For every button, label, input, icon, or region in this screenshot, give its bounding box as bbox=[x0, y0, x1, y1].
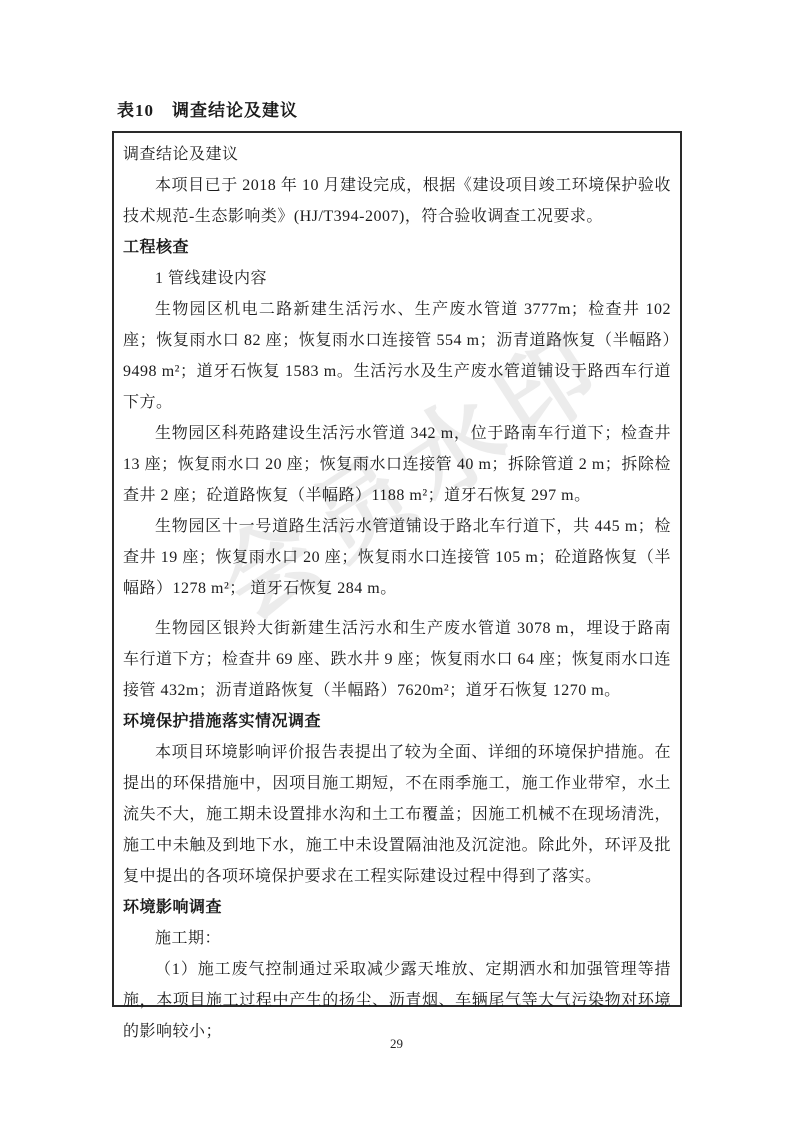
subheading-construction-period: 施工期： bbox=[123, 923, 671, 954]
document-page: 表10 调查结论及建议 会员水印 调查结论及建议 本项目已于 2018 年 10… bbox=[0, 0, 793, 1122]
heading-ep-measures: 环境保护措施落实情况调查 bbox=[123, 706, 671, 737]
heading-project-check: 工程核查 bbox=[123, 232, 671, 263]
paragraph-keyuan-road: 生物园区科苑路建设生活污水管道 342 m，位于路南车行道下；检查井 13 座；… bbox=[123, 418, 671, 511]
paragraph-yinling-street: 生物园区银羚大街新建生活污水和生产废水管道 3078 m，埋设于路南车行道下方；… bbox=[123, 613, 671, 706]
paragraph-no11-road: 生物园区十一号道路生活污水管道铺设于路北车行道下，共 445 m；检查井 19 … bbox=[123, 511, 671, 604]
conclusion-table: 调查结论及建议 本项目已于 2018 年 10 月建设完成，根据《建设项目竣工环… bbox=[112, 131, 682, 1007]
subheading-pipeline: 1 管线建设内容 bbox=[123, 263, 671, 294]
paragraph-completion: 本项目已于 2018 年 10 月建设完成，根据《建设项目竣工环境保护验收技术规… bbox=[123, 170, 671, 232]
heading-impact-survey: 环境影响调查 bbox=[123, 892, 671, 923]
paragraph-jidian-road: 生物园区机电二路新建生活污水、生产废水管道 3777m；检查井 102 座；恢复… bbox=[123, 294, 671, 418]
page-number: 29 bbox=[0, 1036, 793, 1052]
paragraph-ep-measures: 本项目环境影响评价报告表提出了较为全面、详细的环境保护措施。在提出的环保措施中，… bbox=[123, 737, 671, 892]
paragraph-air-control: （1）施工废气控制通过采取减少露天堆放、定期洒水和加强管理等措施，本项目施工过程… bbox=[123, 954, 671, 1047]
table-header-row: 调查结论及建议 bbox=[123, 139, 671, 170]
table-caption: 表10 调查结论及建议 bbox=[117, 96, 298, 121]
